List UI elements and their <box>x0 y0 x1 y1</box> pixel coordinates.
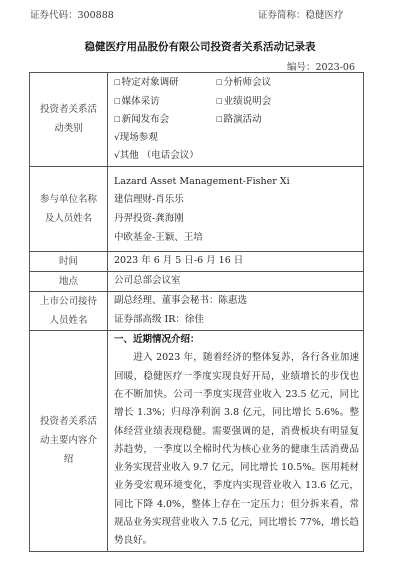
option-label: 其他 （电话会议） <box>120 150 199 161</box>
checkbox-empty-icon[interactable]: □ <box>114 78 121 86</box>
label-line: 人员姓名 <box>30 311 107 330</box>
time-text: 2023 年 6 月 5 日-6 月 16 日 <box>114 252 363 271</box>
checkbox-empty-icon[interactable]: □ <box>114 97 121 105</box>
option-specific-research[interactable]: □特定对象调研 <box>114 73 216 92</box>
location-value: 公司总部会议室 <box>108 271 364 291</box>
reception-label: 上市公司接待 人员姓名 <box>30 291 108 330</box>
participants-list: Lazard Asset Management-Fisher Xi 建信理财-肖… <box>108 166 364 251</box>
intro-paragraph: 进入 2023 年，随着经济的整体复苏，各行各业加速回暖，稳健医疗一季度实现良好… <box>114 349 363 550</box>
stock-abbreviation: 证券简称：稳健医疗 <box>258 7 344 21</box>
section-heading: 一、近期情况介绍： <box>114 331 363 349</box>
participant-entry: 丹羿投资-龚海刚 <box>114 210 363 229</box>
main-content-label: 投资者关系活 动主要内容介 绍 <box>30 330 108 551</box>
serial-number: 编号：2023-06 <box>287 59 355 73</box>
checkbox-empty-icon[interactable]: □ <box>216 78 223 86</box>
paragraph-text: 进入 2023 年，随着经济的整体复苏，各行各业加速回暖，稳健医疗一季度实现良好… <box>114 352 359 546</box>
option-label: 新闻发布会 <box>122 114 170 125</box>
participant-entry: 建信理财-肖乐乐 <box>114 191 363 210</box>
option-earnings-call[interactable]: □业绩说明会 <box>216 92 318 111</box>
option-site-visit[interactable]: √现场参观 <box>114 129 216 148</box>
row-participants: 参与单位名称 及人员姓名 Lazard Asset Management-Fis… <box>30 166 364 251</box>
checkbox-empty-icon[interactable]: □ <box>114 115 121 123</box>
stock-code-label: 证券代码： <box>30 10 78 21</box>
participants-label: 参与单位名称 及人员姓名 <box>30 166 108 251</box>
stock-code-value: 300888 <box>78 10 114 21</box>
record-table: 投资者关系活 动类别 □特定对象调研 □分析师会议 □媒体采访 □业绩说明会 □… <box>29 72 364 552</box>
stock-code: 证券代码：300888 <box>30 7 114 21</box>
option-other[interactable]: √其他 （电话会议） <box>114 147 314 166</box>
activity-type-label: 投资者关系活 动类别 <box>30 73 108 167</box>
option-label: 路演活动 <box>224 114 262 125</box>
stock-abbr-value: 稳健医疗 <box>306 10 344 21</box>
label-line: 上市公司接待 <box>30 292 107 311</box>
option-label: 业绩说明会 <box>224 96 272 107</box>
option-roadshow[interactable]: □路演活动 <box>216 110 318 129</box>
reception-entry: 副总经理、董事会秘书：陈惠选 <box>114 292 363 311</box>
row-main-content: 投资者关系活 动主要内容介 绍 一、近期情况介绍： 进入 2023 年，随着经济… <box>30 330 364 551</box>
label-line: 参与单位名称 <box>30 190 107 209</box>
activity-type-options: □特定对象调研 □分析师会议 □媒体采访 □业绩说明会 □新闻发布会 □路演活动… <box>108 73 364 167</box>
row-reception: 上市公司接待 人员姓名 副总经理、董事会秘书：陈惠选 证券部高级 IR：徐佳 <box>30 291 364 330</box>
option-press-conference[interactable]: □新闻发布会 <box>114 110 216 129</box>
document-title: 稳健医疗用品股份有限公司投资者关系活动记录表 <box>0 39 400 54</box>
option-label: 媒体采访 <box>122 96 160 107</box>
row-time: 时间 2023 年 6 月 5 日-6 月 16 日 <box>30 251 364 271</box>
option-label: 现场参观 <box>120 132 158 143</box>
checkbox-empty-icon[interactable]: □ <box>216 115 223 123</box>
reception-entry: 证券部高级 IR：徐佳 <box>114 311 363 330</box>
reception-list: 副总经理、董事会秘书：陈惠选 证券部高级 IR：徐佳 <box>108 291 364 330</box>
label-line: 投资者关系活 <box>30 100 107 119</box>
option-label: 分析师会议 <box>224 77 272 88</box>
checkbox-empty-icon[interactable]: □ <box>216 97 223 105</box>
option-media-interview[interactable]: □媒体采访 <box>114 92 216 111</box>
time-value: 2023 年 6 月 5 日-6 月 16 日 <box>108 251 364 271</box>
row-activity-type: 投资者关系活 动类别 □特定对象调研 □分析师会议 □媒体采访 □业绩说明会 □… <box>30 73 364 167</box>
label-line: 投资者关系活 <box>30 412 107 431</box>
label-line: 动主要内容介 <box>30 431 107 450</box>
main-content-body: 一、近期情况介绍： 进入 2023 年，随着经济的整体复苏，各行各业加速回暖，稳… <box>108 330 364 551</box>
label-line: 及人员姓名 <box>30 209 107 228</box>
location-label: 地点 <box>30 271 108 291</box>
label-line: 绍 <box>30 450 107 469</box>
option-label: 特定对象调研 <box>122 77 179 88</box>
participant-entry: 中欧基金-王颖、王培 <box>114 229 363 248</box>
option-analyst-meeting[interactable]: □分析师会议 <box>216 73 318 92</box>
participant-entry: Lazard Asset Management-Fisher Xi <box>114 173 363 192</box>
label-line: 动类别 <box>30 119 107 138</box>
time-label: 时间 <box>30 251 108 271</box>
location-text: 公司总部会议室 <box>114 272 363 291</box>
row-location: 地点 公司总部会议室 <box>30 271 364 291</box>
stock-abbr-label: 证券简称： <box>258 10 306 21</box>
